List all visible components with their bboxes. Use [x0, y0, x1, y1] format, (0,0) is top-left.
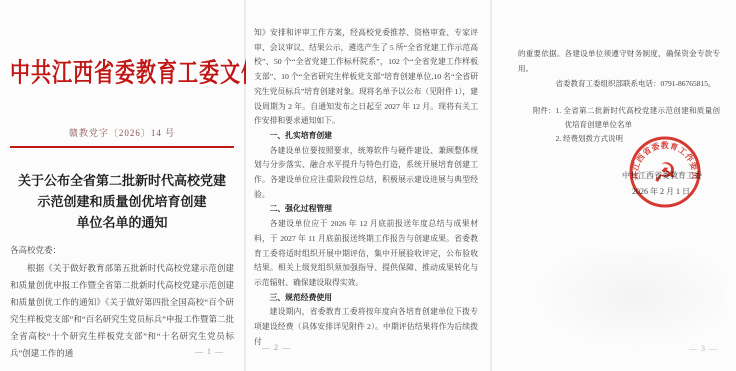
page-number-1: — 1 —	[195, 347, 224, 356]
attachments-label: 附件：	[533, 104, 556, 146]
page-3: 的重要依据。各建设单位须遵守财务制度，确保资金专款专用。 省委教育工委组织部联系…	[492, 0, 736, 371]
page-1: 中共江西省委教育工委文件 赣教党字〔2026〕14 号 关于公布全省第二批新时代…	[0, 0, 244, 371]
body-paragraph: 的重要依据。各建设单位须遵守财务制度，确保资金专款专用。	[518, 46, 720, 76]
section-heading-3: 三、规范经费使用	[254, 291, 478, 306]
notice-title-line-2: 示范创建和质量创优培育创建	[10, 191, 234, 212]
salutation: 各高校党委：	[10, 244, 234, 256]
page-number-2: — 2 —	[262, 341, 291, 356]
body-paragraph: 各建设单位应于 2026 年 12 月底前报送年度总结与成果材料，于 2027 …	[254, 217, 478, 291]
section-heading-2: 二、强化过程管理	[254, 202, 478, 217]
notice-title-line-1: 关于公布全省第二批新时代高校党建	[10, 170, 234, 191]
section-heading-1: 一、扎实培育创建	[254, 129, 478, 144]
hammer-sickle-icon: ☭	[653, 158, 677, 189]
scan-shading-artifact	[532, 250, 722, 350]
letterhead-title: 中共江西省委教育工委文件	[10, 51, 234, 91]
contact-phone-line: 省委教育工委组织部联系电话：0791-86765815。	[518, 76, 720, 91]
page-number-3: — 3 —	[689, 341, 718, 356]
red-divider-line	[10, 146, 234, 148]
body-paragraph: 各建设单位要按照要求，统筹软件与硬件建设、兼顾整体规划与分步落实、融合水平提升与…	[254, 144, 478, 203]
official-seal: 中共江西省委教育工作委员会 ☭	[627, 134, 703, 210]
page-2: 知》安排和评审工作方案，经高校党委推荐、资格审查、专家评审、会议审议、结果公示，…	[246, 0, 490, 371]
notice-title-line-3: 单位名单的通知	[10, 212, 234, 233]
document-scan: 中共江西省委教育工委文件 赣教党字〔2026〕14 号 关于公布全省第二批新时代…	[0, 0, 736, 371]
body-paragraph: 知》安排和评审工作方案，经高校党委推荐、资格审查、专家评审、会议审议、结果公示，…	[254, 26, 478, 129]
document-number: 赣教党字〔2026〕14 号	[10, 126, 234, 139]
attachment-item-1: 1. 全省第二批新时代高校党建示范创建和质量创优培育创建单位名单	[556, 104, 721, 132]
notice-title: 关于公布全省第二批新时代高校党建 示范创建和质量创优培育创建 单位名单的通知	[10, 170, 234, 233]
